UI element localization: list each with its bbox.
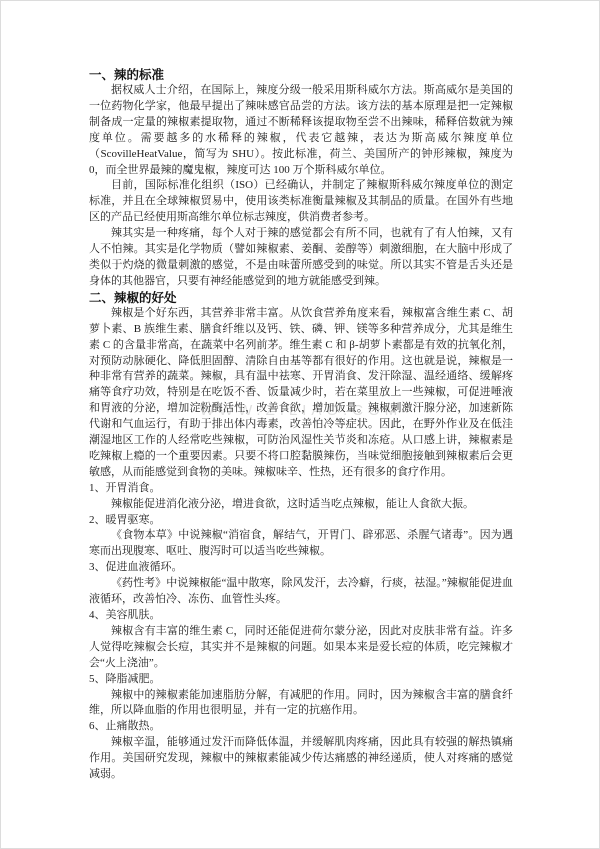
paragraph: 据权威人士介绍，在国际上，辣度分级一般采用斯科威尔方法。斯高威尔是美国的一位药物… [89, 83, 513, 178]
section-heading: 二、辣椒的好处 [89, 290, 513, 306]
list-item-title: 2、暖胃驱寒。 [89, 513, 513, 529]
paragraph: 《药性考》中说辣椒能“温中散寒，除风发汗，去冷癖，行痰，祛湿。”辣椒能促进血液循… [89, 576, 513, 608]
document-page: WWW.ZILIAO.COM 一、辣的标准据权威人士介绍，在国际上，辣度分级一般… [0, 0, 600, 849]
list-item-title: 4、美容肌肤。 [89, 608, 513, 624]
paragraph: 辣其实是一种疼痛，每个人对于辣的感觉都会有所不同，也就有了有人怕辣，又有人不怕辣… [89, 226, 513, 290]
list-item-title: 6、止痛散热。 [89, 719, 513, 735]
list-item-title: 5、降脂减肥。 [89, 672, 513, 688]
paragraph: 辣椒含有丰富的维生素 C，同时还能促进荷尔蒙分泌，因此对皮肤非常有益。许多人觉得… [89, 624, 513, 672]
paragraph: 目前，国际标准化组织（ISO）已经确认，并制定了辣椒斯科威尔辣度单位的测定标准，… [89, 178, 513, 226]
document-body: 一、辣的标准据权威人士介绍，在国际上，辣度分级一般采用斯科威尔方法。斯高威尔是美… [89, 67, 513, 783]
paragraph: 辣椒辛温，能够通过发汗而降低体温，并缓解肌肉疼痛，因此具有较强的解热镇痛作用。美… [89, 735, 513, 783]
paragraph: 辣椒是个好东西，其营养非常丰富。从饮食营养角度来看，辣椒富含维生素 C、胡萝卜素… [89, 306, 513, 481]
paragraph: 《食物本草》中说辣椒“消宿食，解结气，开胃门、辟邪恶、杀腥气诸毒”。因为遇寒而出… [89, 528, 513, 560]
list-item-title: 1、开胃消食。 [89, 481, 513, 497]
list-item-title: 3、促进血液循环。 [89, 560, 513, 576]
paragraph: 辣椒能促进消化液分泌，增进食欲，这时适当吃点辣椒，能让人食欲大振。 [89, 497, 513, 513]
section-heading: 一、辣的标准 [89, 67, 513, 83]
paragraph: 辣椒中的辣椒素能加速脂肪分解，有减肥的作用。同时，因为辣椒含丰富的膳食纤维，所以… [89, 688, 513, 720]
